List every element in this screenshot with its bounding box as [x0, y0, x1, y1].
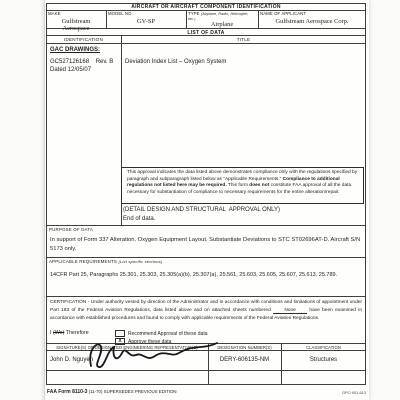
form-edition-note: (11-70) SUPERSEDES PREVIOUS EDITION [87, 389, 176, 394]
identification-line2: Dated 12/05/07 [50, 67, 91, 73]
applicable-label: APPLICABLE REQUIREMENTS (List specific s… [49, 259, 162, 264]
divider [46, 296, 366, 297]
identification-heading: GAC DRAWINGS: [50, 47, 100, 53]
divider [46, 43, 366, 44]
field-type: TYPE (Airplane, Radio, Helicopter, etc.)… [188, 11, 256, 28]
detail-design-note: (DETAIL DESIGN AND STRUCTURAL APPROVAL O… [123, 207, 280, 213]
field-type-label: TYPE (Airplane, Radio, Helicopter, etc.) [188, 11, 256, 21]
field-applicant-value: Gulfstream Aerospace Corp. [260, 18, 364, 25]
end-of-data-note: End of data. [123, 216, 155, 222]
form-footer-left: FAA Form 8110-3 (11-70) SUPERSEDES PREVI… [47, 389, 177, 395]
field-make-label: MAKE [48, 11, 104, 16]
column-header-identification: IDENTIFICATION [46, 37, 121, 42]
field-type-value: Airplane [188, 21, 256, 28]
divider [186, 10, 187, 28]
attached-sheets-blank: None [273, 308, 307, 314]
applicable-label-note: (List specific sections) [118, 259, 162, 264]
purpose-label: PURPOSE OF DATA [49, 227, 93, 232]
notice-text-2: This form [227, 183, 250, 188]
classification-column-header: CLASSIFICATION [281, 345, 366, 350]
list-of-data-title: LIST OF DATA [46, 30, 366, 36]
field-applicant: NAME OF APPLICANT Gulfstream Aerospace C… [260, 11, 364, 25]
classification-value: Structures [281, 357, 366, 363]
field-type-label-text: TYPE [188, 11, 200, 16]
identification-line1: GC527126168 Rev. B [50, 59, 113, 65]
divider [106, 10, 107, 28]
title-entry: Deviation Index List – Oxygen System [125, 59, 226, 65]
field-model-label: MODEL NO. [108, 11, 184, 16]
notice-bold-2: does not [249, 183, 269, 188]
designation-number: DERY-606135-NM [208, 357, 281, 363]
divider [258, 10, 259, 28]
scanned-page-background: AIRCRAFT OR AIRCRAFT COMPONENT IDENTIFIC… [0, 0, 400, 400]
divider [46, 257, 366, 258]
gpo-number: GPO 901-613 [266, 390, 366, 395]
form-sheet: AIRCRAFT OR AIRCRAFT COMPONENT IDENTIFIC… [44, 0, 369, 400]
form-section-title: AIRCRAFT OR AIRCRAFT COMPONENT IDENTIFIC… [46, 4, 366, 10]
field-model-value: GV-SP [108, 18, 184, 25]
handwritten-signature [83, 338, 221, 372]
field-applicant-label: NAME OF APPLICANT [260, 11, 364, 16]
purpose-text: In support of Form 337 Alteration, Oxyge… [50, 236, 362, 253]
therefore-struck-we: (We) [53, 330, 64, 336]
certification-paragraph: CERTIFICATION - Under authority vested b… [50, 299, 362, 323]
applicable-label-text: APPLICABLE REQUIREMENTS [49, 259, 117, 264]
therefore-statement: I (We) Therefore [50, 330, 89, 336]
column-header-title: TITLE [121, 37, 366, 42]
therefore-suffix: Therefore [66, 330, 89, 336]
form-number: FAA Form 8110-3 [47, 389, 87, 395]
compliance-notice-box: This approval indicates the data listed … [121, 167, 364, 204]
field-model: MODEL NO. GV-SP [108, 11, 184, 25]
applicable-text: 14CFR Part 25, Paragraphs 25.301, 25.303… [50, 272, 364, 278]
divider [46, 225, 366, 226]
therefore-prefix: I [50, 330, 51, 336]
